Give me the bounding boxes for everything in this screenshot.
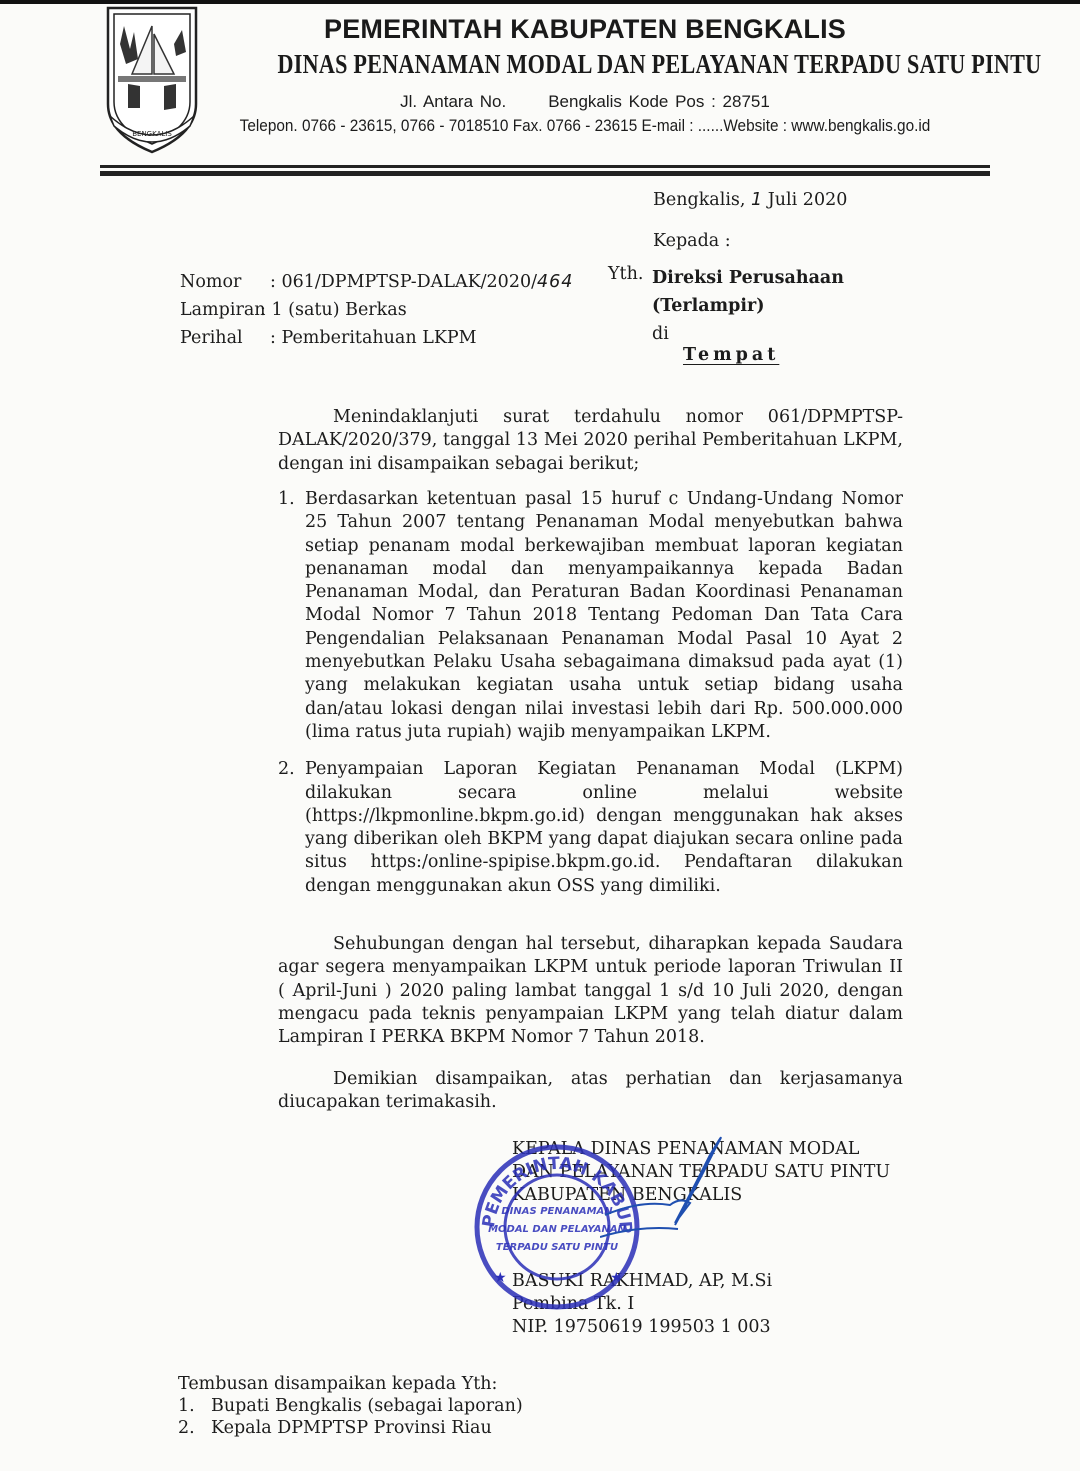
tembusan-block: Tembusan disampaikan kepada Yth: 1. Bupa…	[178, 1373, 523, 1439]
kepada-label: Kepada :	[653, 231, 731, 251]
svg-text:BENGKALIS: BENGKALIS	[132, 130, 172, 138]
government-name: PEMERINTAH KABUPATEN BENGKALIS	[210, 14, 960, 45]
perihal-row: Perihal : Pemberitahuan LKPM	[180, 324, 573, 352]
list-item: 2. Kepala DPMPTSP Provinsi Riau	[178, 1417, 523, 1439]
svg-text:DINAS PENANAMAN: DINAS PENANAMAN	[501, 1206, 613, 1217]
letter-meta: Nomor : 061/DPMPTSP-DALAK/2020/464 Lampi…	[180, 268, 573, 352]
opening-paragraph: Menindaklanjuti surat terdahulu nomor 06…	[278, 406, 903, 476]
handwritten-signature-icon	[600, 1125, 750, 1255]
request-paragraph: Sehubungan dengan hal tersebut, diharapk…	[278, 933, 903, 1049]
yth-label: Yth.	[608, 264, 643, 284]
svg-text:★: ★	[494, 1271, 507, 1286]
handwritten-number: 464	[537, 268, 573, 296]
tembusan-heading: Tembusan disampaikan kepada Yth:	[178, 1373, 523, 1395]
lampiran-row: Lampiran : 1 (satu) Berkas	[180, 296, 573, 324]
address-line: Jl. Antara No.Bengkalis Kode Pos : 28751	[210, 92, 960, 112]
letter-date: Bengkalis, 1 Juli 2020	[653, 190, 847, 210]
list-item: 1. Bupati Bengkalis (sebagai laporan)	[178, 1395, 523, 1417]
letterhead-divider-thick	[100, 171, 990, 176]
closing-paragraph: Demikian disampaikan, atas perhatian dan…	[278, 1068, 903, 1115]
handwritten-day: 1	[751, 190, 762, 210]
svg-text:★: ★	[610, 1271, 623, 1286]
recipient-block: Direksi Perusahaan (Terlampir) di	[652, 264, 844, 348]
list-item: 1. Berdasarkan ketentuan pasal 15 huruf …	[278, 488, 903, 744]
bengkalis-coat-of-arms-icon: BENGKALIS	[104, 4, 200, 156]
nomor-row: Nomor : 061/DPMPTSP-DALAK/2020/464	[180, 268, 573, 296]
city-postcode: Bengkalis Kode Pos : 28751	[548, 92, 770, 111]
contact-line: Telepon. 0766 - 23615, 0766 - 7018510 Fa…	[236, 117, 934, 136]
agency-name: DINAS PENANAMAN MODAL DAN PELAYANAN TERP…	[278, 49, 893, 80]
letterhead: PEMERINTAH KABUPATEN BENGKALIS DINAS PEN…	[210, 14, 960, 136]
signatory-nip: NIP. 19750619 199503 1 003	[512, 1316, 890, 1339]
list-item: 2. Penyampaian Laporan Kegiatan Penanama…	[278, 758, 903, 898]
street-address: Jl. Antara No.	[400, 92, 506, 111]
letterhead-divider-thin	[100, 165, 990, 168]
tempat-label: Tempat	[683, 345, 779, 365]
points-list: 1. Berdasarkan ketentuan pasal 15 huruf …	[278, 488, 903, 912]
